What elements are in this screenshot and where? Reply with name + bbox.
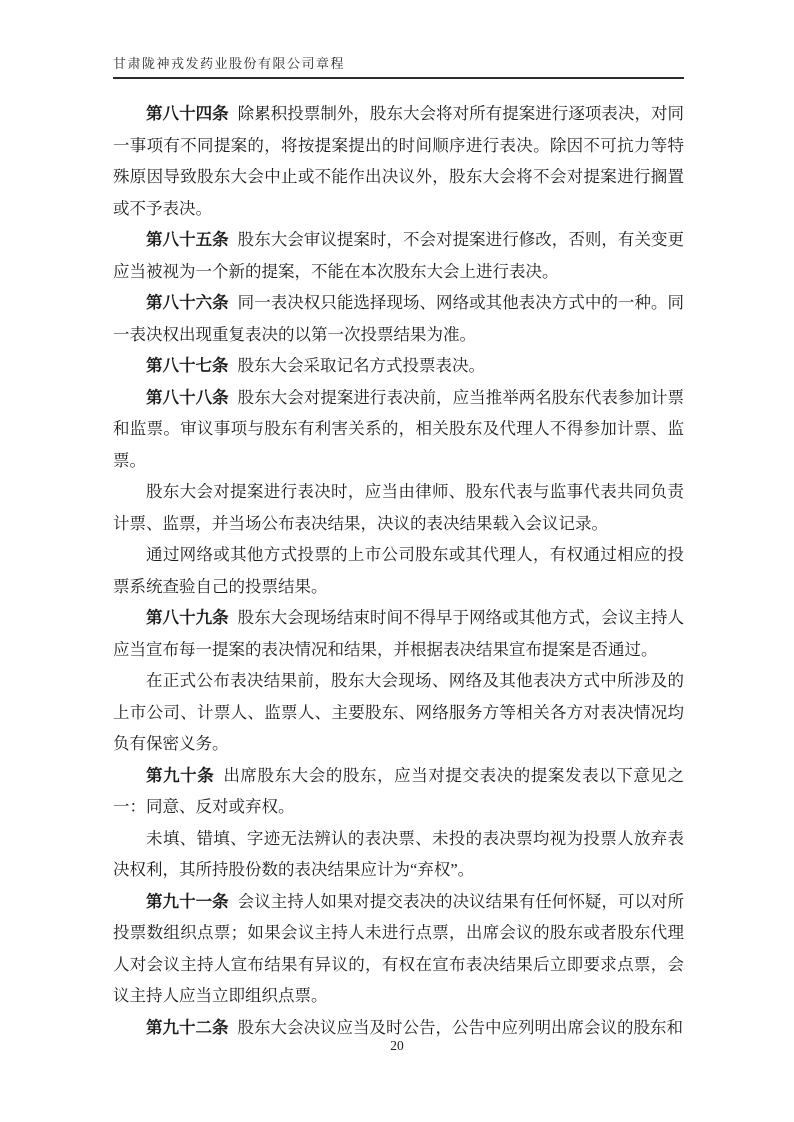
- article-paragraph: 第八十六条同一表决权只能选择现场、网络或其他表决方式中的一种。同一表决权出现重复…: [113, 287, 684, 350]
- document-body: 第八十四条除累积投票制外，股东大会将对所有提案进行逐项表决，对同一事项有不同提案…: [113, 98, 684, 1043]
- article-paragraph: 第八十九条股东大会现场结束时间不得早于网络或其他方式，会议主持人应当宣布每一提案…: [113, 602, 684, 665]
- article-text: 股东大会采取记名方式投票表决。: [238, 356, 486, 375]
- article-number: 第八十六条: [146, 293, 229, 312]
- article-paragraph: 第九十条出席股东大会的股东，应当对提交表决的提案发表以下意见之一：同意、反对或弃…: [113, 760, 684, 823]
- article-text: 股东大会决议应当及时公告，公告中应列明出席会议的股东和: [238, 1018, 684, 1037]
- article-paragraph: 第八十四条除累积投票制外，股东大会将对所有提案进行逐项表决，对同一事项有不同提案…: [113, 98, 684, 224]
- page-header: 甘肃陇神戎发药业股份有限公司章程: [113, 53, 684, 79]
- header-title: 甘肃陇神戎发药业股份有限公司章程: [113, 56, 345, 71]
- article-number: 第八十九条: [146, 608, 229, 627]
- article-number: 第八十七条: [146, 356, 229, 375]
- article-number: 第八十五条: [146, 230, 229, 249]
- article-paragraph: 第八十七条股东大会采取记名方式投票表决。: [113, 350, 684, 382]
- article-paragraph: 第八十五条股东大会审议提案时，不会对提案进行修改，否则，有关变更应当被视为一个新…: [113, 224, 684, 287]
- continuation-paragraph: 股东大会对提案进行表决时，应当由律师、股东代表与监事代表共同负责计票、监票，并当…: [113, 476, 684, 539]
- continuation-paragraph: 在正式公布表决结果前，股东大会现场、网络及其他表决方式中所涉及的上市公司、计票人…: [113, 665, 684, 760]
- article-number: 第九十条: [146, 766, 214, 785]
- page-number: 20: [390, 1038, 404, 1053]
- continuation-paragraph: 未填、错填、字迹无法辨认的表决票、未投的表决票均视为投票人放弃表决权利，其所持股…: [113, 823, 684, 886]
- article-number: 第九十一条: [146, 892, 229, 911]
- article-text: 未填、错填、字迹无法辨认的表决票、未投的表决票均视为投票人放弃表决权利，其所持股…: [113, 829, 684, 880]
- article-text: 通过网络或其他方式投票的上市公司股东或其代理人，有权通过相应的投票系统查验自己的…: [113, 545, 684, 596]
- continuation-paragraph: 通过网络或其他方式投票的上市公司股东或其代理人，有权通过相应的投票系统查验自己的…: [113, 539, 684, 602]
- article-number: 第八十四条: [146, 104, 229, 123]
- article-paragraph: 第九十一条会议主持人如果对提交表决的决议结果有任何怀疑，可以对所投票数组织点票；…: [113, 886, 684, 1012]
- document-page: 甘肃陇神戎发药业股份有限公司章程 第八十四条除累积投票制外，股东大会将对所有提案…: [0, 0, 794, 1122]
- article-number: 第九十二条: [146, 1018, 229, 1037]
- article-text: 在正式公布表决结果前，股东大会现场、网络及其他表决方式中所涉及的上市公司、计票人…: [113, 671, 684, 753]
- page-footer: 20: [0, 1038, 794, 1054]
- article-number: 第八十八条: [146, 388, 229, 407]
- article-paragraph: 第八十八条股东大会对提案进行表决前，应当推举两名股东代表参加计票和监票。审议事项…: [113, 382, 684, 477]
- article-text: 股东大会对提案进行表决时，应当由律师、股东代表与监事代表共同负责计票、监票，并当…: [113, 482, 684, 533]
